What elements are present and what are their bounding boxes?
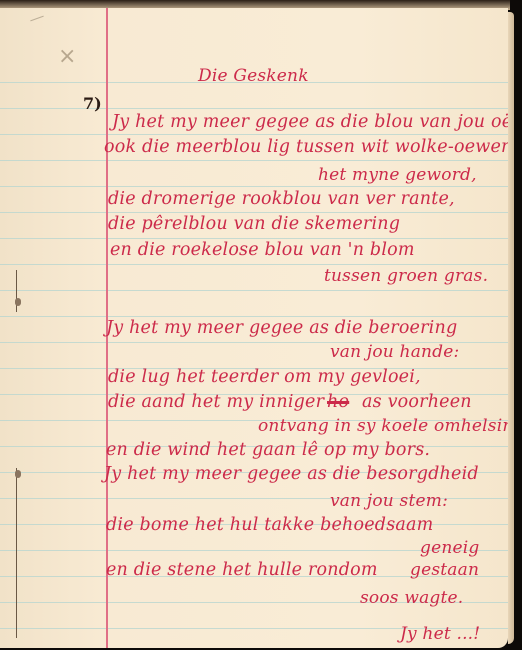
ruled-line — [0, 264, 508, 265]
poem-line: die bome het hul takke behoedsaam — [106, 515, 433, 535]
poem-line: die pêrelblou van die skemering — [108, 214, 400, 234]
poem-line: het myne geword, — [318, 165, 477, 185]
poem-line: Jy het ...! — [400, 624, 480, 644]
binding-hole — [15, 470, 21, 478]
poem-line: ook die meerblou lig tussen wit wolke-oe… — [104, 137, 508, 157]
poem-line: die lug het teerder om my gevloei, — [108, 367, 421, 387]
poem-line: gestaan — [410, 560, 479, 580]
poem-line: as voorheen — [362, 392, 472, 412]
poem-line: Jy het my meer gegee as die besorgdheid — [104, 464, 479, 484]
poem-line: van jou stem: — [330, 491, 448, 511]
pencil-mark — [30, 16, 43, 22]
ruled-line — [0, 134, 508, 135]
poem-line: en die wind het gaan lê op my bors. — [106, 440, 430, 460]
notebook-page: × 7) Die Geskenk Jy het my meer gegee as… — [0, 8, 508, 648]
struck-word: ho — [327, 392, 349, 412]
poem-line: Jy het my meer gegee as die blou van jou… — [112, 112, 508, 132]
poem-line: die aand het my inniger — [108, 392, 324, 412]
ruled-line — [0, 160, 508, 161]
poem-title: Die Geskenk — [198, 66, 309, 86]
poem-line: tussen groen gras. — [324, 266, 488, 286]
poem-line: die dromerige rookblou van ver rante, — [108, 189, 455, 209]
poem-line: Jy het my meer gegee as die beroering — [106, 318, 457, 338]
ruled-line — [0, 238, 508, 239]
poem-line: soos wagte. — [360, 588, 463, 608]
binding-thread — [16, 468, 22, 638]
ruled-line — [0, 186, 508, 187]
ruled-line — [0, 316, 508, 317]
page-stack-edge — [508, 12, 514, 644]
poem-line: en die stene het hulle rondom — [106, 560, 378, 580]
poem-line: en die roekelose blou van 'n blom — [110, 240, 415, 260]
poem-line: van jou hande: — [330, 342, 459, 362]
ruled-line — [0, 290, 508, 291]
poem-line: geneig — [420, 538, 479, 558]
pencil-cross-mark: × — [58, 44, 76, 69]
binding-hole — [15, 298, 21, 306]
poem-line: ontvang in sy koele omhelsing — [258, 416, 508, 436]
ruled-line — [0, 212, 508, 213]
ruled-line — [0, 108, 508, 109]
poem-number: 7) — [83, 94, 102, 113]
